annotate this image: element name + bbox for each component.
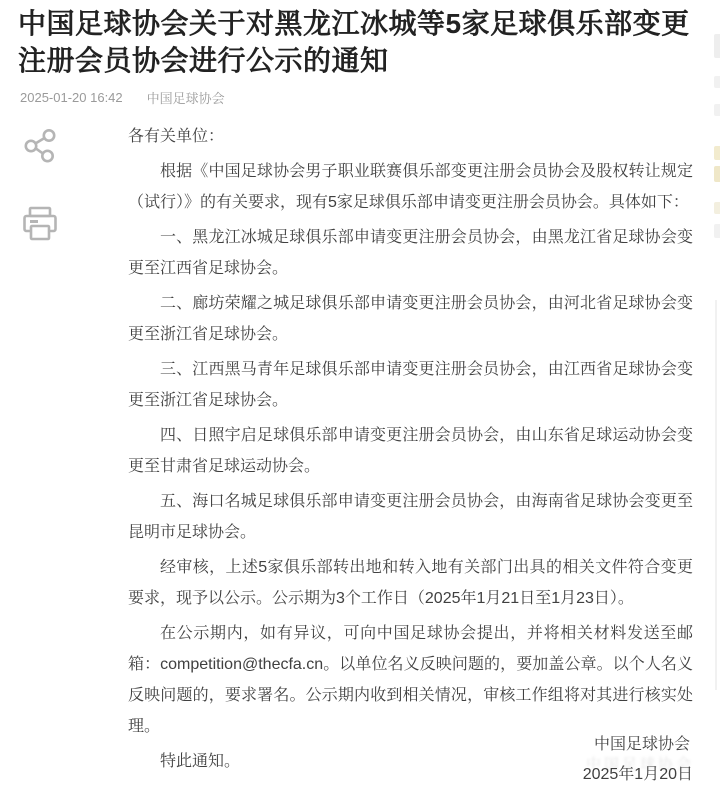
page-edge-artifact: [714, 146, 720, 160]
publish-source: 中国足球协会: [147, 88, 225, 107]
article-body: 各有关单位： 根据《中国足球协会男子职业联赛俱乐部变更注册会员协会及股权转让规定…: [128, 121, 693, 781]
paragraph-review: 经审核，上述5家俱乐部转出地和转入地有关部门出具的相关文件符合变更要求，现予以公…: [128, 552, 693, 614]
paragraph-club-5: 五、海口名城足球俱乐部申请变更注册会员协会，由海南省足球协会变更至昆明市足球协会…: [128, 486, 693, 548]
salutation: 各有关单位：: [128, 121, 693, 152]
page-title: 中国足球协会关于对黑龙江冰城等5家足球俱乐部变更注册会员协会进行公示的通知: [18, 5, 710, 79]
print-button[interactable]: [20, 204, 60, 244]
page-edge-artifact: [714, 202, 720, 214]
page-edge-artifact: [714, 166, 720, 182]
paragraph-club-4: 四、日照宇启足球俱乐部申请变更注册会员协会，由山东省足球运动协会变更至甘肃省足球…: [128, 420, 693, 482]
paragraph-club-3: 三、江西黑马青年足球俱乐部申请变更注册会员协会，由江西省足球协会变更至浙江省足球…: [128, 354, 693, 416]
publish-datetime: 2025-01-20 16:42: [20, 90, 123, 105]
signature-date: 2025年1月20日: [583, 761, 693, 784]
share-nodes-icon: [20, 126, 60, 166]
share-button[interactable]: [20, 126, 60, 166]
page-edge-artifact: [714, 76, 720, 88]
page-edge-artifact: [714, 34, 720, 58]
article-page: 中国足球协会关于对黑龙江冰城等5家足球俱乐部变更注册会员协会进行公示的通知 20…: [0, 0, 720, 786]
article-tool-rail: [20, 126, 60, 244]
article-meta: 2025-01-20 16:42 中国足球协会: [18, 88, 696, 107]
article-header: 中国足球协会关于对黑龙江冰城等5家足球俱乐部变更注册会员协会进行公示的通知 20…: [0, 0, 720, 107]
page-edge-artifact: [714, 224, 720, 238]
page-edge-strip: [715, 300, 717, 690]
signature-org: 中国足球协会: [594, 731, 690, 754]
paragraph-club-2: 二、廊坊荣耀之城足球俱乐部申请变更注册会员协会，由河北省足球协会变更至浙江省足球…: [128, 288, 693, 350]
page-edge-artifact: [714, 104, 720, 116]
paragraph-objection: 在公示期内，如有异议，可向中国足球协会提出，并将相关材料发送至邮箱：compet…: [128, 618, 693, 742]
paragraph-club-1: 一、黑龙江冰城足球俱乐部申请变更注册会员协会，由黑龙江省足球协会变更至江西省足球…: [128, 222, 693, 284]
printer-icon: [20, 204, 60, 244]
paragraph-intro: 根据《中国足球协会男子职业联赛俱乐部变更注册会员协会及股权转让规定（试行）》的有…: [128, 156, 693, 218]
